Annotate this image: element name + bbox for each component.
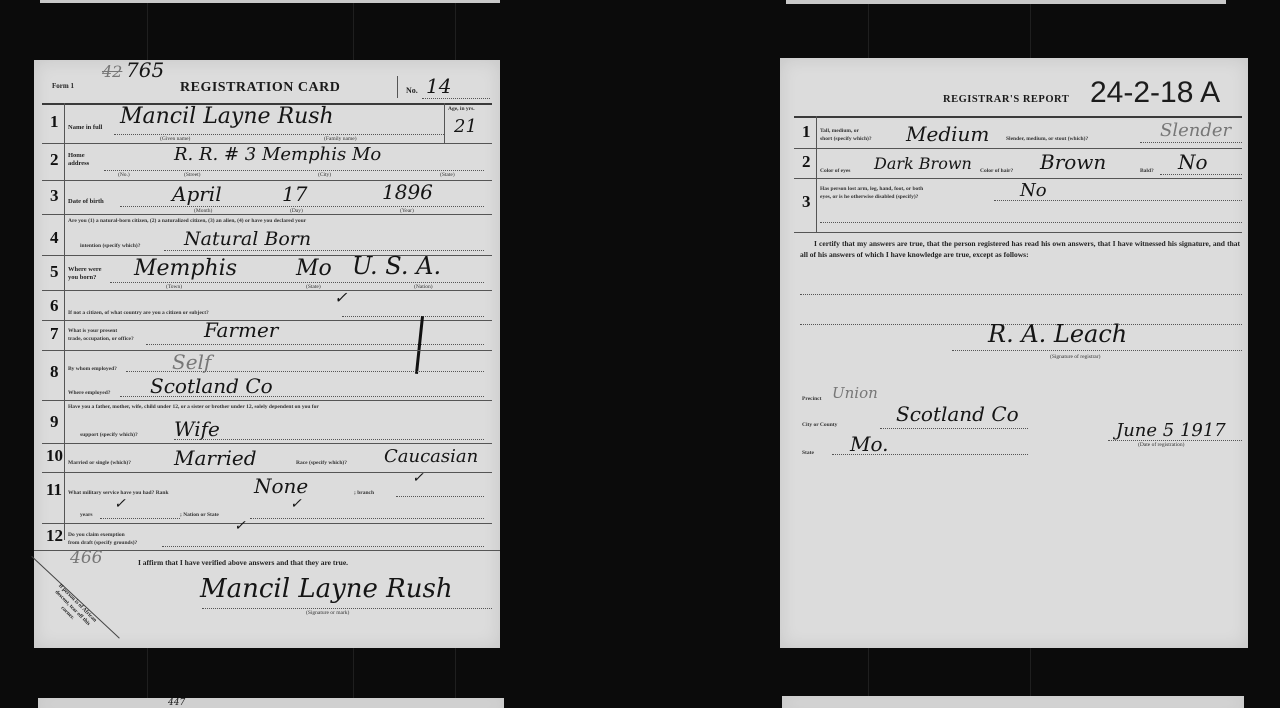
bald-value[interactable]: No bbox=[1178, 150, 1208, 174]
dependents-question: Have you a father, mother, wife, child u… bbox=[68, 404, 488, 410]
foreign-citizen-label: If not a citizen, of what country are yo… bbox=[68, 310, 209, 316]
given-name-caption: (Given name) bbox=[160, 136, 190, 142]
military-branch-label: ; branch bbox=[354, 490, 374, 496]
occupation-value[interactable]: Farmer bbox=[204, 318, 278, 342]
occupation-label: What is your present bbox=[68, 328, 117, 334]
card-no-label: No. bbox=[406, 86, 418, 95]
report-row-1-number: 1 bbox=[802, 122, 811, 142]
signature-caption: (Signature or mark) bbox=[306, 610, 349, 616]
county-value[interactable]: Scotland Co bbox=[896, 402, 1019, 426]
registration-date-caption: (Date of registration) bbox=[1138, 442, 1184, 448]
card-title: REGISTRATION CARD bbox=[180, 80, 340, 96]
row-12-number: 12 bbox=[46, 526, 63, 546]
exemption-label: Do you claim exemption bbox=[68, 532, 125, 538]
serial-number: 765 bbox=[126, 58, 164, 82]
citizenship-label: intention (specify which)? bbox=[80, 243, 141, 249]
hair-color-value[interactable]: Brown bbox=[1040, 150, 1106, 174]
dob-month[interactable]: April bbox=[172, 182, 222, 206]
registrars-report-card: REGISTRAR'S REPORT 24-2-18 A 1 Tall, med… bbox=[780, 58, 1248, 648]
row-1-number: 1 bbox=[50, 112, 59, 132]
age-value[interactable]: 21 bbox=[454, 116, 477, 137]
partial-card-top-right bbox=[786, 0, 1226, 4]
dependents-value[interactable]: Wife bbox=[174, 417, 220, 441]
citizenship-question: Are you (1) a natural-born citizen, (2) … bbox=[68, 218, 488, 224]
employment-place-value[interactable]: Scotland Co bbox=[150, 374, 273, 398]
home-address-value[interactable]: R. R. # 3 Memphis Mo bbox=[174, 144, 381, 165]
dob-label: Date of birth bbox=[68, 198, 104, 205]
county-label: City or County bbox=[802, 422, 837, 428]
age-label: Age, in yrs. bbox=[448, 106, 475, 112]
build-label: Slender, medium, or stout (which)? bbox=[1006, 136, 1088, 142]
row-4-number: 4 bbox=[50, 228, 59, 248]
bald-label: Bald? bbox=[1140, 168, 1154, 174]
partial-card-bottom-right bbox=[782, 696, 1244, 708]
report-title: REGISTRAR'S REPORT bbox=[943, 94, 1069, 105]
name-label: Name in full bbox=[68, 124, 102, 131]
military-years-label: years bbox=[80, 512, 93, 518]
partial-card-mark: 447 bbox=[168, 698, 185, 708]
row-8-number: 8 bbox=[50, 362, 59, 382]
height-label: Tall, medium, or bbox=[820, 128, 859, 134]
height-value[interactable]: Medium bbox=[906, 122, 989, 146]
registrant-signature: Mancil Layne Rush bbox=[200, 574, 453, 604]
row-10-number: 10 bbox=[46, 446, 63, 466]
registrar-signature: R. A. Leach bbox=[988, 320, 1127, 348]
dob-year[interactable]: 1896 bbox=[382, 180, 433, 204]
tear-off-note: If person is of African descent, tear of… bbox=[43, 580, 100, 637]
state-label: State bbox=[802, 450, 814, 456]
eye-color-label: Color of eyes bbox=[820, 168, 850, 174]
employer-label: By whom employed? bbox=[68, 366, 117, 372]
build-value[interactable]: Slender bbox=[1160, 120, 1231, 141]
employment-place-label: Where employed? bbox=[68, 390, 111, 396]
exemption-label-2: from draft (specify grounds)? bbox=[68, 540, 137, 546]
report-stamp: 24-2-18 A bbox=[1090, 76, 1220, 110]
name-value[interactable]: Mancil Layne Rush bbox=[120, 104, 334, 129]
home-address-label-2: address bbox=[68, 160, 89, 167]
check-mark: ✓ bbox=[290, 496, 302, 512]
caption-no: (No.) bbox=[118, 172, 130, 178]
report-row-3-number: 3 bbox=[802, 192, 811, 212]
dependents-label: support (specify which)? bbox=[80, 432, 138, 438]
birthplace-state[interactable]: Mo bbox=[296, 256, 332, 281]
disability-value[interactable]: No bbox=[1020, 180, 1047, 201]
state-value[interactable]: Mo. bbox=[850, 432, 889, 456]
caption-state: (State) bbox=[440, 172, 455, 178]
partial-card-top-left bbox=[40, 0, 500, 3]
certification-text: I certify that my answers are true, that… bbox=[800, 238, 1240, 260]
family-name-caption: (Family name) bbox=[324, 136, 357, 142]
foreign-citizen-value[interactable]: ✓ bbox=[334, 288, 347, 307]
partial-card-bottom-left: 447 bbox=[38, 698, 504, 708]
marital-value[interactable]: Married bbox=[174, 446, 257, 470]
military-rank-value[interactable]: None bbox=[254, 474, 308, 498]
row-7-number: 7 bbox=[50, 324, 59, 344]
dob-day[interactable]: 17 bbox=[282, 182, 307, 206]
row-3-number: 3 bbox=[50, 186, 59, 206]
precinct-value[interactable]: Union bbox=[832, 384, 878, 402]
precinct-label: Precinct bbox=[802, 396, 821, 402]
height-label-2: short (specify which)? bbox=[820, 136, 872, 142]
registration-date-value[interactable]: June 5 1917 bbox=[1116, 420, 1226, 441]
disability-label: Has person lost arm, leg, hand, foot, or… bbox=[820, 186, 923, 192]
margin-number: 466 bbox=[70, 548, 102, 568]
registrar-signature-caption: (Signature of registrar) bbox=[1050, 354, 1100, 360]
disability-label-2: eyes, or is he otherwise disabled (speci… bbox=[820, 194, 918, 200]
row-9-number: 9 bbox=[50, 412, 59, 432]
hair-color-label: Color of hair? bbox=[980, 168, 1013, 174]
report-row-2-number: 2 bbox=[802, 152, 811, 172]
race-label: Race (specify which)? bbox=[296, 460, 347, 466]
row-5-number: 5 bbox=[50, 262, 59, 282]
row-11-number: 11 bbox=[46, 480, 62, 500]
birthplace-label-2: you born? bbox=[68, 274, 96, 281]
affirmation-text: I affirm that I have verified above answ… bbox=[138, 558, 348, 567]
card-no-value: 14 bbox=[426, 74, 451, 98]
row-2-number: 2 bbox=[50, 150, 59, 170]
form-label: Form 1 bbox=[52, 82, 74, 90]
check-mark: ✓ bbox=[412, 470, 424, 486]
race-value[interactable]: Caucasian bbox=[384, 446, 478, 467]
birthplace-nation[interactable]: U. S. A. bbox=[352, 252, 441, 280]
eye-color-value[interactable]: Dark Brown bbox=[874, 154, 972, 173]
row-6-number: 6 bbox=[50, 296, 59, 316]
birthplace-town[interactable]: Memphis bbox=[134, 256, 237, 281]
caption-street: (Street) bbox=[184, 172, 201, 178]
serial-crossed: 42 bbox=[102, 62, 122, 81]
birthplace-label: Where were bbox=[68, 266, 102, 273]
check-mark: ✓ bbox=[114, 496, 126, 512]
home-address-label: Home bbox=[68, 152, 85, 159]
citizenship-value[interactable]: Natural Born bbox=[184, 228, 311, 250]
military-nation-label: ; Nation or State bbox=[180, 512, 219, 518]
occupation-label-2: trade, occupation, or office? bbox=[68, 336, 134, 342]
registration-card: Form 1 42 765 REGISTRATION CARD No. 14 1… bbox=[34, 60, 500, 648]
marital-label: Married or single (which)? bbox=[68, 460, 131, 466]
caption-city: (City) bbox=[318, 172, 331, 178]
check-mark: ✓ bbox=[234, 518, 246, 534]
pen-mark bbox=[415, 316, 424, 374]
